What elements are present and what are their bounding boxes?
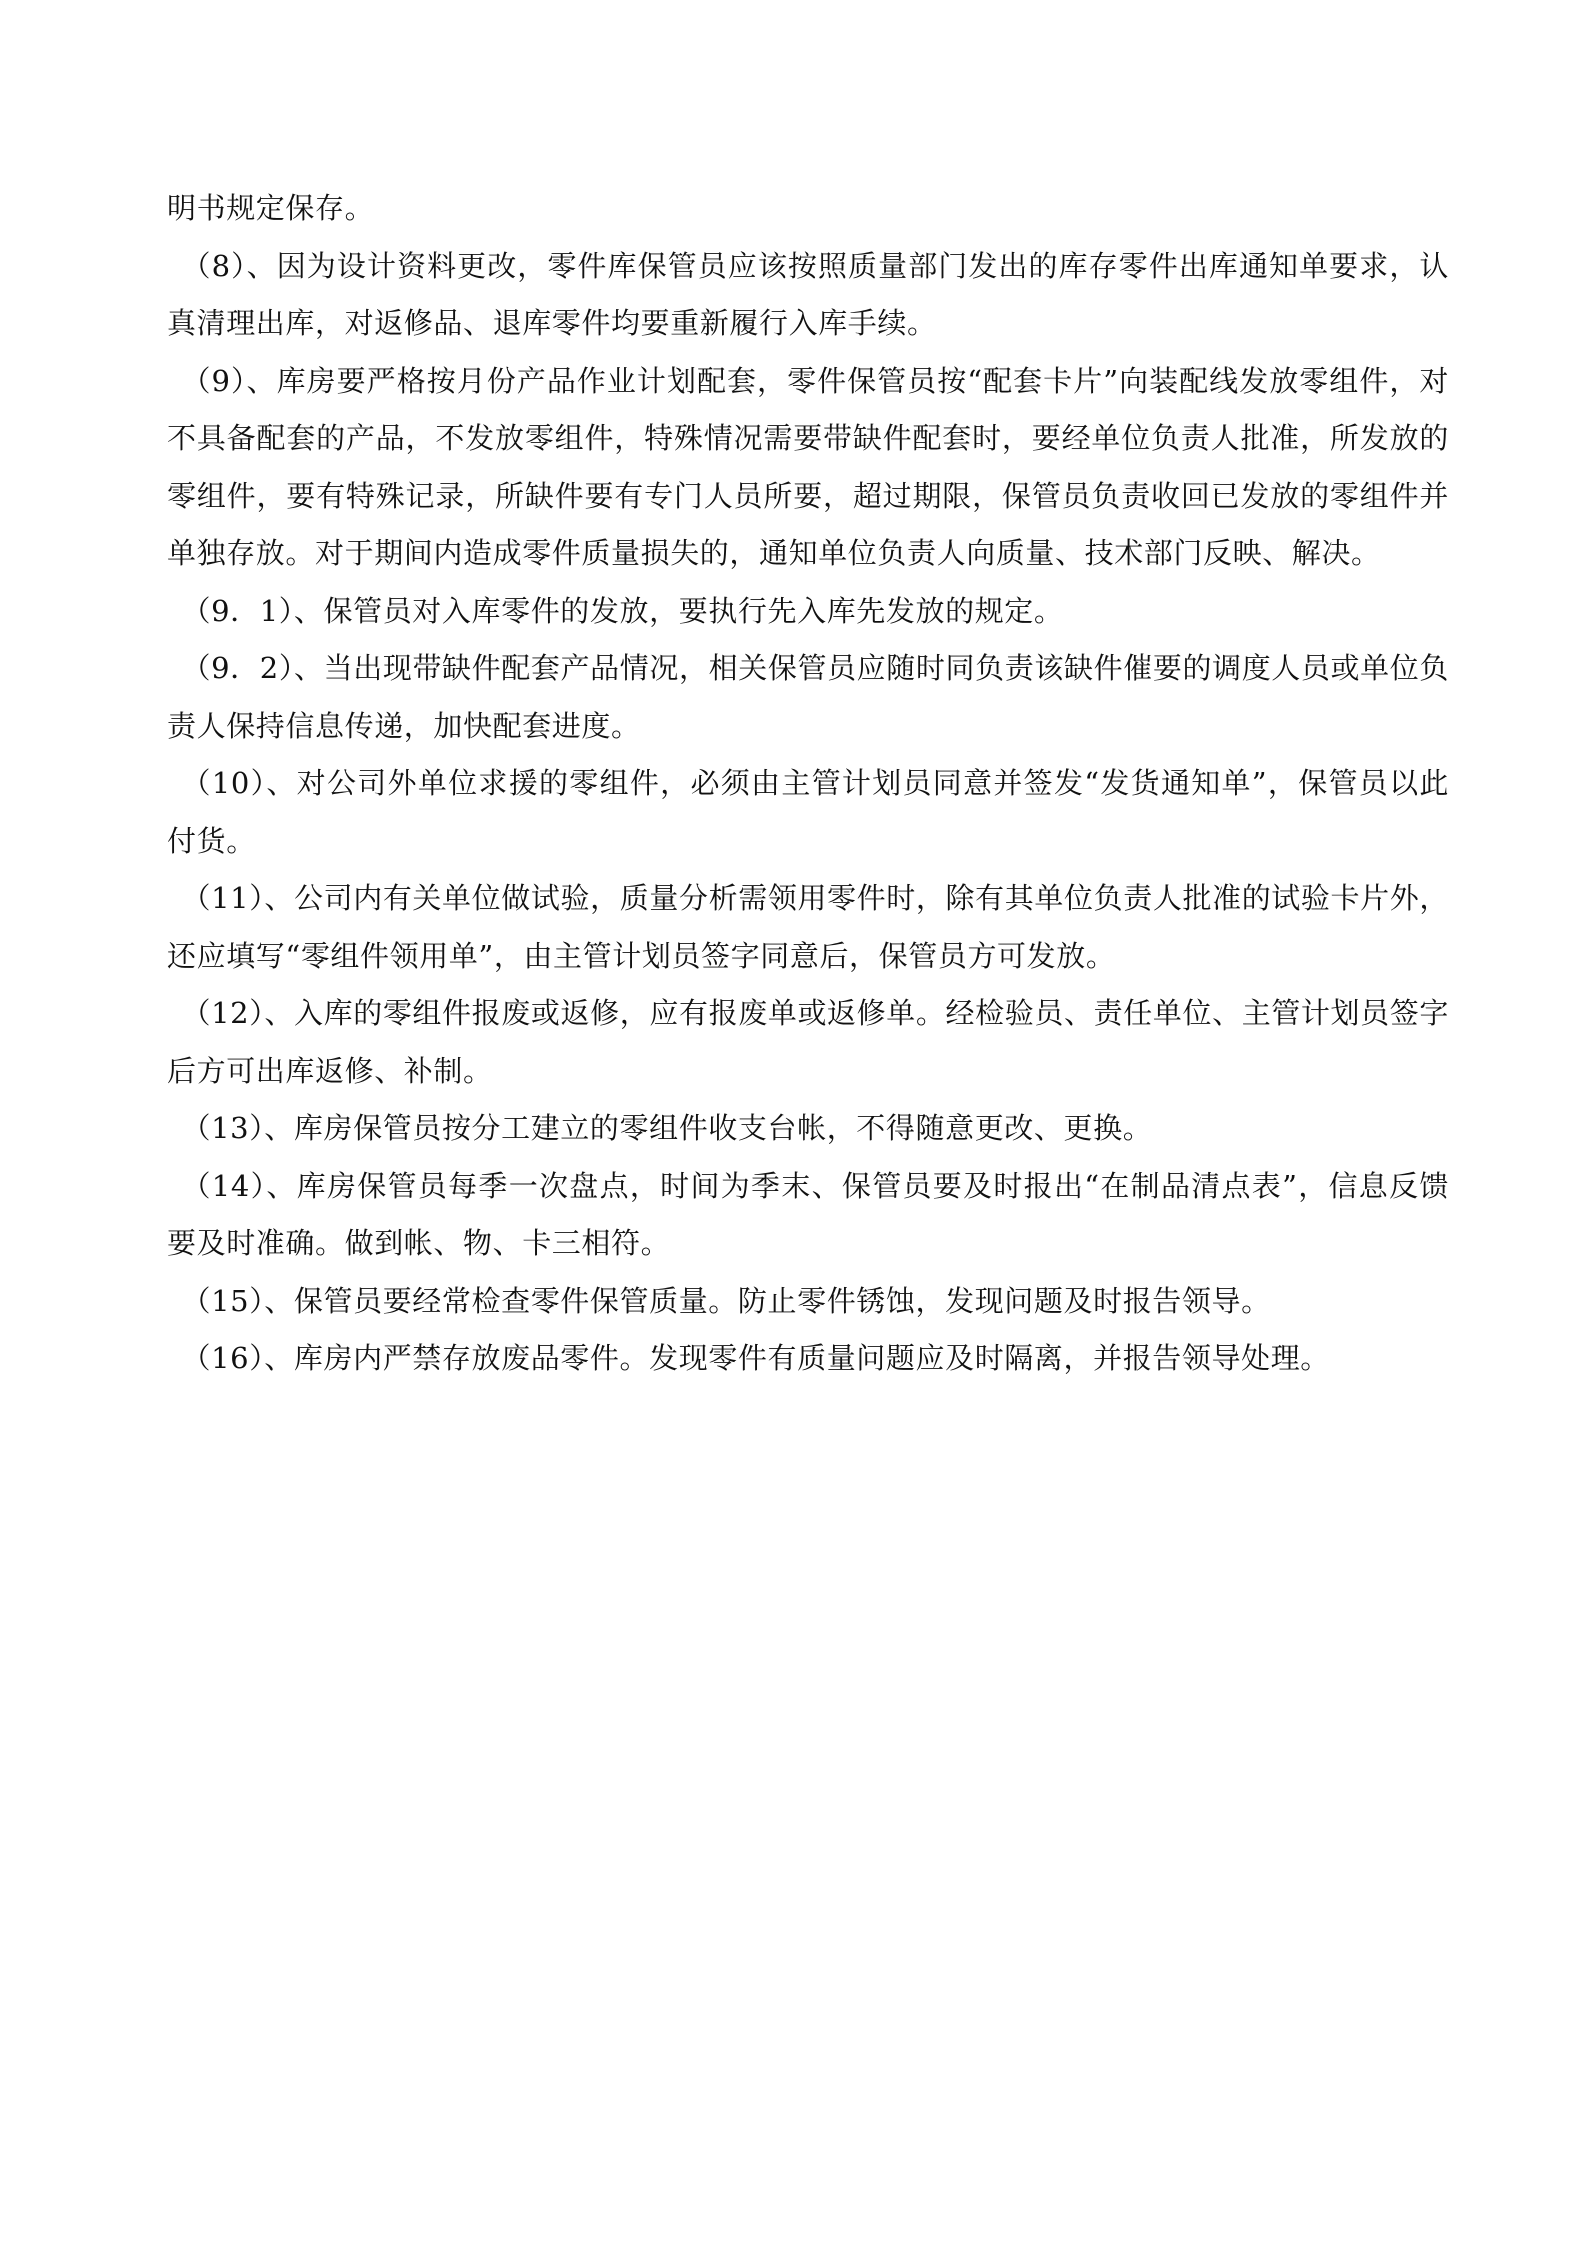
paragraph-continuation: 明书规定保存。 — [167, 180, 1449, 238]
paragraph-item-9-2: （9．2）、当出现带缺件配套产品情况，相关保管员应随时同负责该缺件催要的调度人员… — [167, 640, 1449, 755]
paragraph-item-13: （13）、库房保管员按分工建立的零组件收支台帐，不得随意更改、更换。 — [167, 1100, 1449, 1158]
paragraph-item-16: （16）、库房内严禁存放废品零件。发现零件有质量问题应及时隔离，并报告领导处理。 — [167, 1330, 1449, 1388]
paragraph-item-8: （8）、因为设计资料更改，零件库保管员应该按照质量部门发出的库存零件出库通知单要… — [167, 238, 1449, 353]
paragraph-item-10: （10）、对公司外单位求援的零组件，必须由主管计划员同意并签发“发货通知单”，保… — [167, 755, 1449, 870]
paragraph-item-12: （12）、入库的零组件报废或返修，应有报废单或返修单。经检验员、责任单位、主管计… — [167, 985, 1449, 1100]
paragraph-item-15: （15）、保管员要经常检查零件保管质量。防止零件锈蚀，发现问题及时报告领导。 — [167, 1273, 1449, 1331]
document-page: 明书规定保存。 （8）、因为设计资料更改，零件库保管员应该按照质量部门发出的库存… — [167, 180, 1449, 1388]
paragraph-item-9-1: （9．1）、保管员对入库零件的发放，要执行先入库先发放的规定。 — [167, 583, 1449, 641]
paragraph-item-9: （9）、库房要严格按月份产品作业计划配套，零件保管员按“配套卡片”向装配线发放零… — [167, 353, 1449, 583]
paragraph-item-11: （11）、公司内有关单位做试验，质量分析需领用零件时，除有其单位负责人批准的试验… — [167, 870, 1449, 985]
paragraph-item-14: （14）、库房保管员每季一次盘点，时间为季末、保管员要及时报出“在制品清点表”，… — [167, 1158, 1449, 1273]
